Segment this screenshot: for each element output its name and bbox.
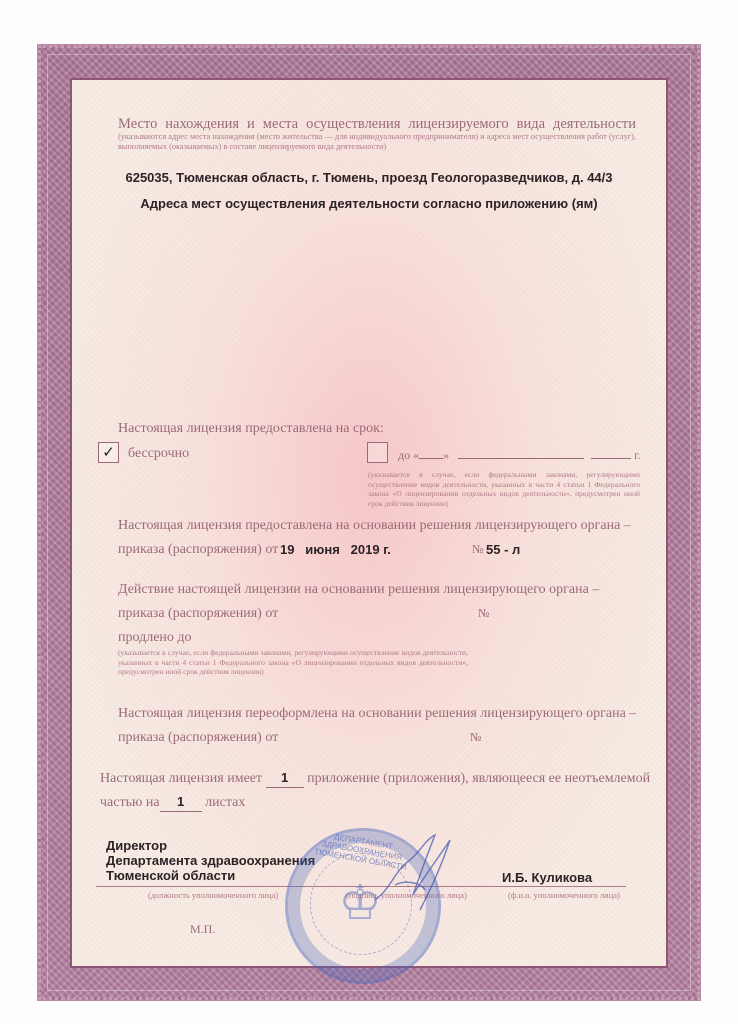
appendix-count: 1 (281, 770, 288, 785)
until-checkbox[interactable] (367, 442, 388, 463)
place-heading: Место нахождения и места осуществления л… (118, 116, 636, 133)
extended-until-label: продлено до (118, 630, 192, 646)
basis-date: 19 июня 2019 г. (280, 542, 391, 557)
perpetual-checkbox[interactable]: ✓ (98, 442, 119, 463)
signatory-position: Директор Департамента здравоохранения Тю… (106, 838, 315, 883)
appendix-middle: приложение (приложения), являющееся ее н… (307, 771, 650, 786)
extension-line2-label: приказа (распоряжения) от (118, 606, 278, 622)
extension-number-sign: № (478, 606, 489, 621)
appendix-line2-prefix: частью на (100, 795, 160, 810)
reissue-line2-label: приказа (распоряжения) от (118, 730, 278, 746)
reissue-line1: Настоящая лицензия переоформлена на осно… (118, 706, 636, 722)
reissue-number-sign: № (470, 730, 481, 745)
until-prefix: до « (398, 448, 419, 462)
until-mid: » (443, 448, 449, 462)
basis-line2-label: приказа (распоряжения) от (118, 542, 278, 558)
basis-number-sign: № (472, 542, 483, 557)
appendix-sheets: 1 (177, 794, 184, 809)
seal-label: М.П. (190, 922, 215, 937)
until-date-field: до «» г. (398, 446, 641, 463)
appendix-line1: Настоящая лицензия имеет 1 приложение (п… (100, 770, 650, 788)
address: 625035, Тюменская область, г. Тюмень, пр… (0, 170, 738, 185)
handwritten-signature-icon (365, 830, 455, 920)
extension-note: (указывается в случае, если федеральными… (118, 648, 468, 677)
term-label: Настоящая лицензия предоставлена на срок… (118, 421, 384, 437)
appendix-line2: частью на1 листах (100, 794, 245, 812)
appendix-prefix: Настоящая лицензия имеет (100, 771, 262, 786)
basis-line1: Настоящая лицензия предоставлена на осно… (118, 518, 631, 534)
perpetual-label: бессрочно (128, 446, 189, 462)
appendix-line2-suffix: листах (205, 795, 245, 810)
check-icon: ✓ (102, 443, 115, 461)
basis-number: 55 - л (486, 542, 520, 557)
position-caption: (должность уполномоченного лица) (148, 890, 278, 900)
place-note: (указываются адрес места нахождения (мес… (118, 132, 636, 152)
until-note: (указывается в случае, если федеральными… (368, 470, 640, 508)
address-note: Адреса мест осуществления деятельности с… (0, 196, 738, 211)
extension-line1: Действие настоящей лицензии на основании… (118, 582, 599, 598)
until-suffix: г. (634, 448, 641, 462)
signatory-name: И.Б. Куликова (502, 870, 592, 885)
name-caption: (ф.и.о. уполномоченного лица) (508, 890, 620, 900)
